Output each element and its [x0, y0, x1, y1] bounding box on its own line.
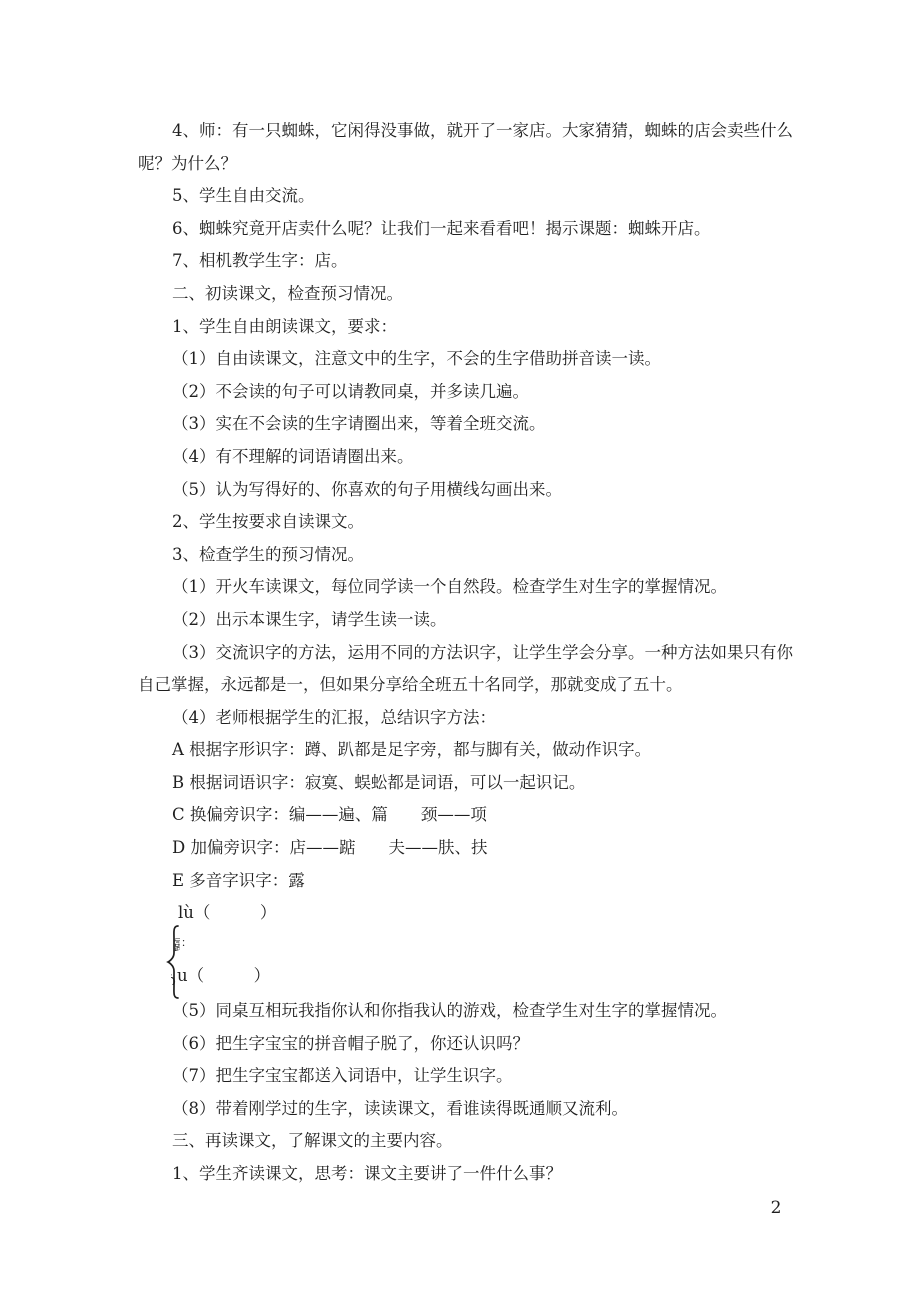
- text-line: 2、学生按要求自读课文。: [138, 506, 858, 539]
- text-line: （2）不会读的句子可以请教同桌，并多读几遍。: [138, 376, 858, 409]
- section-heading: 二、初读课文，检查预习情况。: [138, 278, 858, 311]
- text-line: （5）认为写得好的、你喜欢的句子用横线勾画出来。: [138, 474, 858, 507]
- text-line: （3）实在不会读的生字请圈出来，等着全班交流。: [138, 408, 858, 441]
- text-line: （6）把生字宝宝的拼音帽子脱了，你还认识吗？: [138, 1028, 858, 1061]
- text-line: （7）把生字宝宝都送入词语中，让学生识字。: [138, 1060, 858, 1093]
- text-line: （5）同桌互相玩我指你认和你指我认的游戏，检查学生对生字的掌握情况。: [138, 995, 858, 1028]
- text-line: 1、学生自由朗读课文，要求：: [138, 311, 858, 344]
- document-page: 4、师：有一只蜘蛛，它闲得没事做，就开了一家店。大家猜猜，蜘蛛的店会卖些什么 呢…: [138, 115, 858, 1191]
- text-line: A 根据字形识字：蹲、趴都是足字旁，都与脚有关，做动作识字。: [138, 734, 858, 767]
- text-line: 5、学生自由交流。: [138, 180, 858, 213]
- text-line: （2）出示本课生字，请学生读一读。: [138, 604, 858, 637]
- text-line: （3）交流识字的方法，运用不同的方法识字，让学生学会分享。一种方法如果只有你: [138, 637, 858, 670]
- text-line: D 加偏旁识字：店——踮 夫——肤、扶: [138, 832, 858, 865]
- text-line: 7、相机教学生字：店。: [138, 245, 858, 278]
- text-line: E 多音字识字：露: [138, 865, 858, 898]
- text-line: （1）自由读课文，注意文中的生字，不会的生字借助拼音读一读。: [138, 343, 858, 376]
- text-line: 呢？为什么？: [138, 148, 858, 181]
- text-line: （4）老师根据学生的汇报，总结识字方法：: [138, 702, 858, 735]
- text-line: （4）有不理解的词语请圈出来。: [138, 441, 858, 474]
- tiny-colon: ：: [181, 934, 192, 950]
- text-line: （8）带着刚学过的生字，读读课文，看谁读得既通顺又流利。: [138, 1093, 858, 1126]
- section-heading: 三、再读课文，了解课文的主要内容。: [138, 1125, 858, 1158]
- pinyin-lu4-line: lù（ ）: [178, 897, 276, 930]
- text-line: （1）开火车读课文，每位同学读一个自然段。检查学生对生字的掌握情况。: [138, 571, 858, 604]
- text-line: 6、蜘蛛究竟开店卖什么呢？让我们一起来看看吧！揭示课题：蜘蛛开店。: [138, 213, 858, 246]
- text-line: 3、检查学生的预习情况。: [138, 539, 858, 572]
- text-line: 自己掌握，永远都是一，但如果分享给全班五十名同学，那就变成了五十。: [138, 669, 858, 702]
- polyphone-diagram: lù（ ） 露 ： òu（ ）: [138, 897, 858, 995]
- text-line: B 根据词语识字：寂寞、蜈蚣都是词语，可以一起识记。: [138, 767, 858, 800]
- pinyin-lou4-line: òu（ ）: [171, 960, 270, 993]
- text-line: 4、师：有一只蜘蛛，它闲得没事做，就开了一家店。大家猜猜，蜘蛛的店会卖些什么: [138, 115, 858, 148]
- page-number: 2: [766, 1198, 786, 1218]
- clipped-character: 露: [173, 936, 180, 955]
- text-line: 1、学生齐读课文，思考：课文主要讲了一件什么事？: [138, 1158, 858, 1191]
- pinyin-lou4-rest: u（ ）: [177, 966, 270, 985]
- text-line: C 换偏旁识字：编——遍、篇 颈——项: [138, 799, 858, 832]
